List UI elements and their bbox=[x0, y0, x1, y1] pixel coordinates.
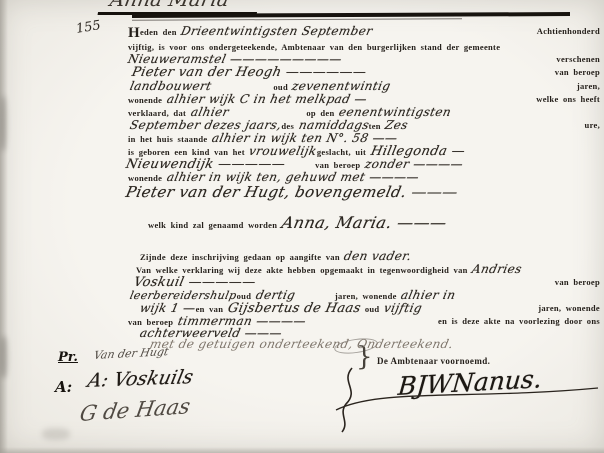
printed-form-text: geslacht, uit bbox=[317, 147, 371, 157]
line-onderteekend: met de getuigen onderteekend, Onderteeke… bbox=[150, 337, 600, 351]
signature-witness1: A: Voskuils bbox=[86, 366, 196, 392]
printed-form-text: jaren, wonende bbox=[295, 291, 401, 301]
line-getuige1: Voskuil —————van beroep bbox=[134, 275, 600, 289]
printed-form-text: vijftig, is voor ons ondergeteekende, Am… bbox=[128, 42, 500, 52]
line-heden-den: Heden den Drieentwintigsten SeptemberAch… bbox=[128, 24, 600, 39]
printed-form-text: van beroep bbox=[555, 66, 600, 79]
line-gehuwd-met: Pieter van der Hugt, bovengemeld. ——— bbox=[126, 186, 600, 199]
signature-witness2: G de Haas bbox=[78, 394, 192, 426]
scan-smudge bbox=[0, 336, 7, 378]
signature-flourish bbox=[330, 366, 604, 436]
printed-form-text: wonende bbox=[128, 95, 167, 105]
printed-form-text: op den bbox=[228, 108, 339, 118]
scan-edge-bottom bbox=[0, 447, 604, 453]
printed-form-text: in het huis staande bbox=[128, 134, 212, 144]
printed-form-text: Zijnde deze inschrijving gedaan op aangi… bbox=[140, 252, 344, 262]
printed-form-text: Achtienhonderd bbox=[537, 25, 600, 38]
scan-edge-left bbox=[0, 0, 8, 453]
printed-form-text: is geboren een kind van het bbox=[128, 147, 249, 157]
printed-form-text: welk kind zal genaamd worden bbox=[148, 220, 282, 230]
line-gemeente: Nieuweramstel —————————verschenen bbox=[128, 52, 600, 66]
husband-name-handwritten: Pieter van der Hugt, bovengemeld. ——— bbox=[125, 186, 460, 199]
signature-father: Van der Hugt bbox=[93, 345, 170, 362]
printed-form-text: verklaard, dat bbox=[128, 108, 191, 118]
record-number: 155 bbox=[75, 18, 102, 37]
scan-smudge bbox=[42, 428, 70, 440]
printed-form-text: ten bbox=[369, 121, 386, 131]
date-handwritten: Drieentwintigsten September bbox=[180, 25, 374, 38]
child-name-handwritten: Anna, Maria. ——— bbox=[280, 216, 447, 229]
margin-paraph-2: A: bbox=[55, 378, 72, 396]
margin-paraph-1: Pr. bbox=[58, 350, 78, 365]
printed-form-text: van beroep bbox=[285, 160, 365, 170]
printed-form-text: oud bbox=[211, 82, 292, 92]
line-verschenen: Pieter van der Heogh ——————van beroep bbox=[132, 65, 600, 79]
scanned-birth-record-page: Anna Maria 155 } De Ambtenaar voornoemd.… bbox=[0, 0, 604, 453]
official-title-label: De Ambtenaar voornoemd. bbox=[377, 356, 490, 366]
printed-form-text: eden den bbox=[140, 27, 181, 37]
printed-form-text: oud bbox=[237, 291, 256, 301]
father-name-handwritten: Pieter van der Heogh —————— bbox=[131, 66, 368, 79]
printed-form-text: des bbox=[281, 121, 298, 131]
printed-form-text: en van bbox=[196, 304, 228, 314]
line-kindnaam: welk kind zal genaamd worden Anna, Maria… bbox=[148, 216, 600, 232]
header-rule-thick bbox=[132, 12, 570, 18]
printed-form-text: Van welke verklaring wij deze akte hebbe… bbox=[136, 265, 472, 275]
scan-smudge bbox=[0, 96, 6, 151]
printed-form-text: oud bbox=[360, 304, 383, 314]
closing-handwritten: met de getuigen onderteekend, Onderteeke… bbox=[149, 338, 455, 351]
header-rule-thin bbox=[132, 18, 462, 20]
printed-form-text: wonende bbox=[128, 173, 167, 183]
